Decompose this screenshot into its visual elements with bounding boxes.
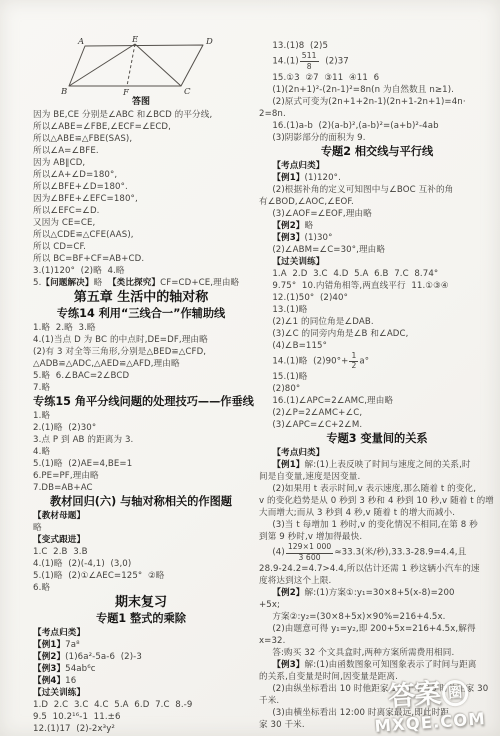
answer-line: 7.略 <box>33 382 249 394</box>
answer-line: 1.略 2.略 3.略 <box>33 322 249 334</box>
answer-line: 1.A 2.D 3.C 4.D 5.A 6.B 7.C 8.74° <box>259 268 495 280</box>
answer-line: 6.略 <box>33 582 249 594</box>
answer-line: 因为 BE,CE 分别是∠ABC 和∠BCD 的平分线, <box>33 109 249 121</box>
answer-line: 28.9-24.2=4.7>4.4,所以估计还需 1 秒这辆小汽车的速 <box>259 563 495 575</box>
answer-line: (2)如果用 t 表示时间,v 表示速度,那么随着 t 的变化, <box>259 483 495 495</box>
answer-line: 16.(1)a-b (2)(a-b)²,(a-b)²=(a+b)²-4ab <box>259 120 495 132</box>
answer-line: 6.PE=PF,理由略 <box>33 470 249 482</box>
answer-line: 所以△CDE≌△CFE(AAS), <box>33 229 249 241</box>
answer-line: 【例1】解:(1)上表反映了时间与速度之间的关系,时 <box>259 459 495 471</box>
answer-line: 所以△ABE≌△FBE(SAS), <box>33 133 249 145</box>
section-heading: 专练15 角平分线问题的处理技巧——作垂线 <box>33 395 249 409</box>
answer-line: 15.(1)略 <box>259 371 495 383</box>
answer-line: 【例3】54ab⁶c <box>33 663 249 675</box>
answer-page: A E D B F C 答图 因为 BE,CE 分别是∠ABC 和∠BCD 的平… <box>0 0 500 736</box>
answer-line: 【过关训练】 <box>33 687 249 699</box>
answer-line: 度将达到这个上限. <box>259 575 495 587</box>
answer-line: 7.DB=AB+AC <box>33 482 249 494</box>
answer-line: (2)有 3 对全等三角形,分别是△BED≌△CFD, <box>33 346 249 358</box>
answer-line: 5.略 6.∠BAC=2∠BCD <box>33 370 249 382</box>
answer-line: 9.5 10.2¹⁶-1 11.±6 <box>33 711 249 723</box>
answer-line: (3)∠AOF=∠EOF,理由略 <box>259 208 495 220</box>
answer-line: 【例2】略 <box>259 220 495 232</box>
answer-line: (2)∠P=2∠AMC+∠C, <box>259 407 495 419</box>
answer-line: 【例3】解:(1)由函数图象可知图象表示了时间与距离 <box>259 659 495 671</box>
answer-line: 所以∠A+∠D=180°, <box>33 169 249 181</box>
answer-line: +5x; <box>259 599 495 611</box>
answer-line: 1.略 <box>33 410 249 422</box>
answer-line: 所以∠ABE=∠FBE,∠ECF=∠ECD, <box>33 121 249 133</box>
answer-line: 4.略 <box>33 446 249 458</box>
figure-label-e: E <box>131 35 139 45</box>
answer-line: 12.(1)17 (2)-2x³y² <box>33 723 249 735</box>
answer-line: 间是自变量,速度是因变量. <box>259 471 495 483</box>
section-heading: 专题3 变量间的关系 <box>259 432 495 446</box>
answer-line: 【例2】解:(1)方案①:y₁=30×8+5(x-8)=200 <box>259 587 495 599</box>
answer-line: 12.(1)50° (2)40° <box>259 292 495 304</box>
fraction: 12 <box>349 352 358 371</box>
answer-line: 4.(1)略 (2)(-4,1) (3,0) <box>33 558 249 570</box>
right-column: 13.(1)8 (2)514.(1)5118 (2)3715.①3 ②7 ③11… <box>259 40 495 731</box>
figure-caption: 答图 <box>33 97 249 107</box>
figure-label-a: A <box>77 37 84 47</box>
watermark: 答案圈 MXQE.COM <box>348 673 500 736</box>
answer-line: 4.(1)当点 D 为 BC 的中点时,DE=DF,理由略 <box>33 334 249 346</box>
answer-line: (2)∠1 的同位角是∠DAB. <box>259 316 495 328</box>
watermark-brand-text: 答案 <box>387 678 441 713</box>
answer-line: 所以∠BFE+∠D=180°. <box>33 181 249 193</box>
left-column: A E D B F C 答图 因为 BE,CE 分别是∠ABC 和∠BCD 的平… <box>33 34 249 735</box>
answer-line: 又因为 CE=CE, <box>33 217 249 229</box>
figure-label-d: D <box>205 37 213 47</box>
answer-line: 答:购买 32 个文具盒时,两种方案所需费用相同. <box>259 647 495 659</box>
fraction: 5118 <box>300 52 319 71</box>
answer-line: 1.D 2.C 3.C 4.C 5.A 6.D 7.C 8.-9 <box>33 699 249 711</box>
answer-line: 所以∠EFC=∠D. <box>33 205 249 217</box>
answer-line: 3.(1)120° (2)略 4.略 <box>33 265 249 277</box>
answer-line: 2.(1)略 (2)30° <box>33 422 249 434</box>
section-heading: 专题1 整式的乘除 <box>33 612 249 626</box>
section-heading: 专题2 相交线与平行线 <box>259 145 495 159</box>
section-heading: 教材回归(六) 与轴对称相关的作图题 <box>33 495 249 509</box>
answer-line: (1)(2n+1)²-(2n-1)²=8n(n 为自然数且 n≥1). <box>259 84 495 96</box>
answer-line: △ADB≌△ADC,△AED≌△AFD,理由略 <box>33 358 249 370</box>
right-column-text: 13.(1)8 (2)514.(1)5118 (2)3715.①3 ②7 ③11… <box>259 40 495 731</box>
answer-line: (3)∠APC=∠C+2∠M. <box>259 419 495 431</box>
answer-line: 3.点 P 到 AB 的距离为 3. <box>33 434 249 446</box>
answer-line: 【考点归类】 <box>259 447 495 459</box>
answer-line: 【过关训练】 <box>259 256 495 268</box>
left-column-text: 因为 BE,CE 分别是∠ABC 和∠BCD 的平分线,所以∠ABE=∠FBE,… <box>33 109 249 735</box>
answer-line: 9.75° 10.内错角相等,两直线平行 11.①③④ <box>259 280 495 292</box>
answer-line: 【变式跟进】 <box>33 534 249 546</box>
answer-line: 【例3】(1)30° <box>259 232 495 244</box>
answer-line: (3)阴影部分的面积为 9. <box>259 132 495 144</box>
answer-line: 5.(1)略 (2)①∠AEC=125° ②略 <box>33 570 249 582</box>
answer-line: 14.(1)5118 (2)37 <box>259 52 495 72</box>
answer-line: 15.①3 ②7 ③11 ④11 6 <box>259 72 495 84</box>
answer-line: 【教材母题】 <box>33 510 249 522</box>
answer-line: 5.【问题解决】略 【类比探究】CF=CD+CE,理由略 <box>33 277 249 289</box>
answer-line: 方案②:y₂=(30×8+5x)×90%=216+4.5x. <box>259 611 495 623</box>
answer-line: x=32. <box>259 635 495 647</box>
answer-line: 【例2】(1)6a²-5a-6 (2)-3 <box>33 651 249 663</box>
answer-line: 所以 CD=CF. <box>33 241 249 253</box>
answer-line: 5.(1)略 (2)AE=4,BE=1 <box>33 458 249 470</box>
answer-line: 因为 AB∥CD, <box>33 157 249 169</box>
answer-line: 略 <box>33 522 249 534</box>
answer-line: v 的变化趋势是从 0 秒到 3 秒和 4 秒到 10 秒,v 随着 t 的增 <box>259 495 495 507</box>
answer-line: (3)∠C 的同旁内角是∠B 和∠ADC, <box>259 328 495 340</box>
answer-line: 2=8n. <box>259 108 495 120</box>
answer-line: 【考点归类】 <box>259 160 495 172</box>
watermark-circle-icon: 圈 <box>441 679 469 707</box>
fraction: 129×1 0003 600 <box>286 543 334 562</box>
answer-line: 所以∠A=∠BFE. <box>33 145 249 157</box>
answer-line: (3)当 t 每增加 1 秒时,v 的变化情况不相同,在第 8 秒 <box>259 519 495 531</box>
parallelogram-figure: A E D B F C <box>61 34 221 96</box>
section-heading: 专练14 利用“三线合一”作辅助线 <box>33 307 249 321</box>
figure-label-f: F <box>122 88 130 96</box>
answer-line: 16.(1)∠APC=2∠AMC,理由略 <box>259 395 495 407</box>
answer-line: (2)80° <box>259 383 495 395</box>
answer-line: 【考点归类】 <box>33 627 249 639</box>
answer-line: 14.(1)略 (2)90°+12a° <box>259 352 495 372</box>
answer-line: 【例1】(1)120°. <box>259 172 495 184</box>
answer-line: 大而增大;而从 3 秒到 4 秒,v 随着 t 的增大而减小. <box>259 507 495 519</box>
figure-label-c: C <box>184 87 191 96</box>
answer-line: (4)129×1 0003 600≈33.3(米/秒),33.3-28.9=4.… <box>259 543 495 563</box>
answer-line: (2)根据补角的定义可知图中与∠BOC 互补的角 <box>259 184 495 196</box>
answer-line: 有∠BOD,∠AOC,∠EOF. <box>259 196 495 208</box>
answer-line: 所以 BC=BF+CF=AB+CD. <box>33 253 249 265</box>
answer-line: 【例1】7a⁸ <box>33 639 249 651</box>
answer-line: 1.C 2.B 3.B <box>33 546 249 558</box>
answer-line: 13.(1)略 <box>259 304 495 316</box>
figure-label-b: B <box>61 87 67 96</box>
section-heading: 期末复习 <box>33 595 249 611</box>
answer-line: (4)∠B=115° <box>259 340 495 352</box>
answer-line: 因为∠BFE+∠EFC=180°, <box>33 193 249 205</box>
answer-line: 13.(1)8 (2)5 <box>259 40 495 52</box>
answer-line: (2)原式可变为(2n+1+2n-1)(2n+1-2n+1)=4n· <box>259 96 495 108</box>
answer-line: (2)∠ABM=∠C=30°,理由略 <box>259 244 495 256</box>
answer-line: (2)由题意可得 y₁=y₂,即 200+5x=216+4.5x,解得 <box>259 623 495 635</box>
section-heading: 第五章 生活中的轴对称 <box>33 290 249 306</box>
answer-line: 【例4】16 <box>33 675 249 687</box>
answer-figure: A E D B F C 答图 <box>33 34 249 107</box>
